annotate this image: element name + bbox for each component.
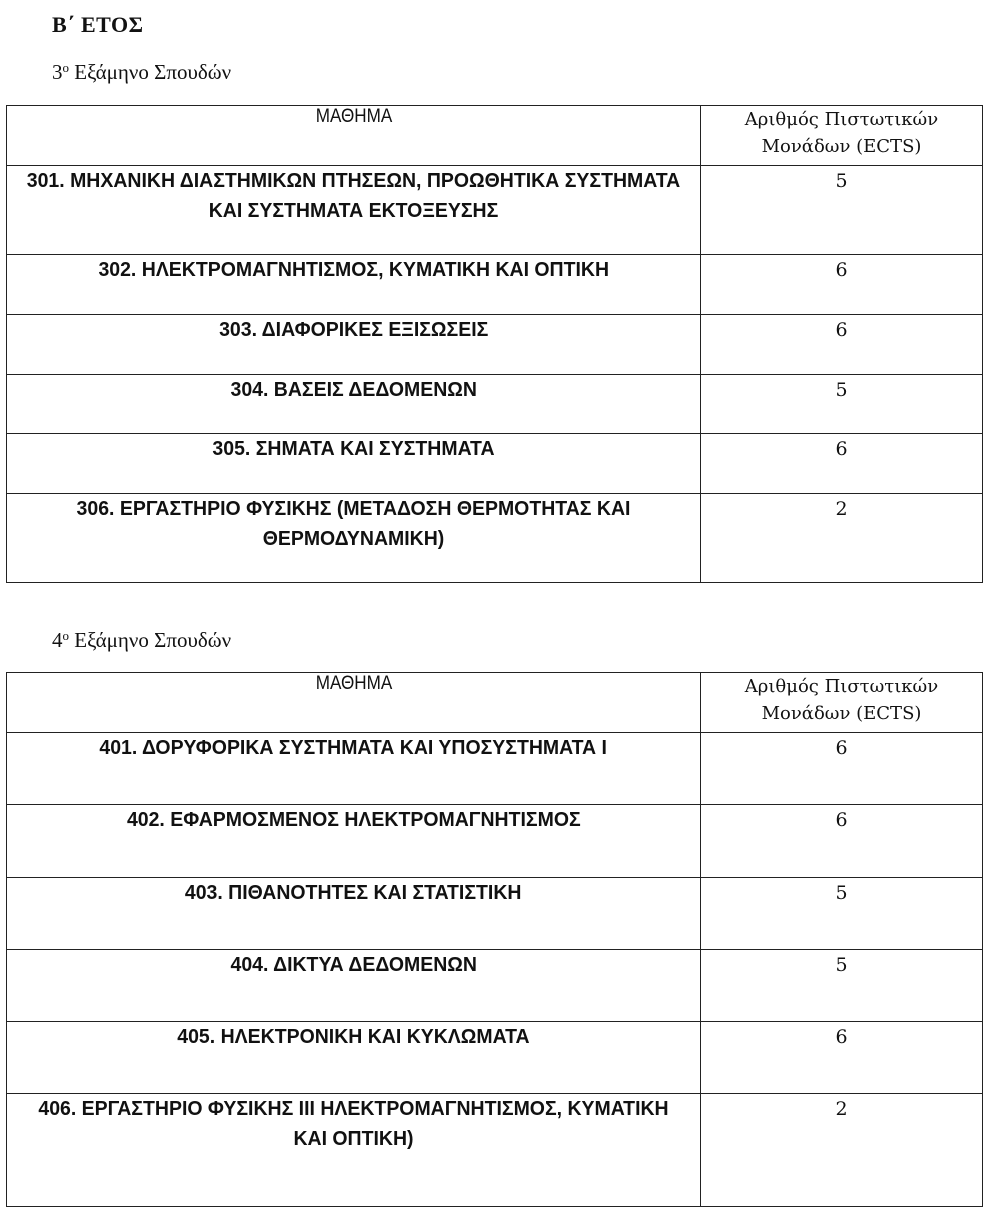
course-name: 404. ΔΙΚΤΥΑ ΔΕΔΟΜΕΝΩΝ bbox=[230, 950, 477, 980]
course-name: 303. ΔΙΑΦΟΡΙΚΕΣ ΕΞΙΣΩΣΕΙΣ bbox=[219, 315, 488, 345]
semester-3-title: 3ο Εξάμηνο Σπουδών bbox=[52, 60, 231, 85]
course-name: 302. ΗΛΕΚΤΡΟΜΑΓΝΗΤΙΣΜΟΣ, ΚΥΜΑΤΙΚΗ ΚΑΙ ΟΠ… bbox=[98, 255, 609, 285]
course-column-header: ΜΑΘΗΜΑ bbox=[41, 673, 666, 733]
course-name-cell: 306. ΕΡΓΑΣΤΗΡΙΟ ΦΥΣΙΚΗΣ (ΜΕΤΑΔΟΣΗ ΘΕΡΜΟΤ… bbox=[7, 494, 701, 583]
table-row: 304. ΒΑΣΕΙΣ ΔΕΔΟΜΕΝΩΝ 5 bbox=[7, 375, 983, 434]
table-row: 306. ΕΡΓΑΣΤΗΡΙΟ ΦΥΣΙΚΗΣ (ΜΕΤΑΔΟΣΗ ΘΕΡΜΟΤ… bbox=[7, 494, 983, 583]
course-name-cell: 405. ΗΛΕΚΤΡΟΝΙΚΗ ΚΑΙ ΚΥΚΛΩΜΑΤΑ bbox=[7, 1022, 701, 1094]
course-name-cell: 401. ΔΟΡΥΦΟΡΙΚΑ ΣΥΣΤΗΜΑΤΑ ΚΑΙ ΥΠΟΣΥΣΤΗΜΑ… bbox=[7, 733, 701, 805]
semester-number: 4 bbox=[52, 628, 63, 652]
course-ects: 2 bbox=[701, 1094, 983, 1207]
table-row: 401. ΔΟΡΥΦΟΡΙΚΑ ΣΥΣΤΗΜΑΤΑ ΚΑΙ ΥΠΟΣΥΣΤΗΜΑ… bbox=[7, 733, 983, 805]
course-name-cell: 402. ΕΦΑΡΜΟΣΜΕΝΟΣ ΗΛΕΚΤΡΟΜΑΓΝΗΤΙΣΜΟΣ bbox=[7, 805, 701, 878]
course-ects: 6 bbox=[701, 1022, 983, 1094]
table-row: 402. ΕΦΑΡΜΟΣΜΕΝΟΣ ΗΛΕΚΤΡΟΜΑΓΝΗΤΙΣΜΟΣ 6 bbox=[7, 805, 983, 878]
ects-column-header: Αριθμός Πιστωτικών Μονάδων (ECTS) bbox=[701, 673, 983, 733]
course-name: 405. ΗΛΕΚΤΡΟΝΙΚΗ ΚΑΙ ΚΥΚΛΩΜΑΤΑ bbox=[177, 1022, 529, 1052]
semester-title-text: Εξάμηνο Σπουδών bbox=[69, 628, 231, 652]
course-name: 306. ΕΡΓΑΣΤΗΡΙΟ ΦΥΣΙΚΗΣ (ΜΕΤΑΔΟΣΗ ΘΕΡΜΟΤ… bbox=[24, 494, 682, 554]
year-title: Β΄ ΕΤΟΣ bbox=[52, 12, 143, 38]
course-ects: 5 bbox=[701, 878, 983, 950]
table-row: 406. ΕΡΓΑΣΤΗΡΙΟ ΦΥΣΙΚΗΣ ΙΙΙ ΗΛΕΚΤΡΟΜΑΓΝΗ… bbox=[7, 1094, 983, 1207]
course-column-header: ΜΑΘΗΜΑ bbox=[41, 106, 666, 166]
course-name-cell: 406. ΕΡΓΑΣΤΗΡΙΟ ΦΥΣΙΚΗΣ ΙΙΙ ΗΛΕΚΤΡΟΜΑΓΝΗ… bbox=[7, 1094, 701, 1207]
course-name-cell: 303. ΔΙΑΦΟΡΙΚΕΣ ΕΞΙΣΩΣΕΙΣ bbox=[7, 315, 701, 375]
course-name: 304. ΒΑΣΕΙΣ ΔΕΔΟΜΕΝΩΝ bbox=[230, 375, 476, 405]
semester-4-title: 4ο Εξάμηνο Σπουδών bbox=[52, 628, 231, 653]
course-ects: 6 bbox=[701, 805, 983, 878]
course-name: 305. ΣΗΜΑΤΑ ΚΑΙ ΣΥΣΤΗΜΑΤΑ bbox=[212, 434, 494, 464]
course-name-cell: 404. ΔΙΚΤΥΑ ΔΕΔΟΜΕΝΩΝ bbox=[7, 950, 701, 1022]
course-ects: 5 bbox=[701, 950, 983, 1022]
ects-header-line-2: Μονάδων (ECTS) bbox=[701, 700, 982, 727]
ects-header-line-2: Μονάδων (ECTS) bbox=[701, 133, 982, 160]
course-name-cell: 304. ΒΑΣΕΙΣ ΔΕΔΟΜΕΝΩΝ bbox=[7, 375, 701, 434]
course-name-cell: 305. ΣΗΜΑΤΑ ΚΑΙ ΣΥΣΤΗΜΑΤΑ bbox=[7, 434, 701, 494]
table-row: 405. ΗΛΕΚΤΡΟΝΙΚΗ ΚΑΙ ΚΥΚΛΩΜΑΤΑ 6 bbox=[7, 1022, 983, 1094]
ects-column-header: Αριθμός Πιστωτικών Μονάδων (ECTS) bbox=[701, 106, 983, 166]
table-header-row: ΜΑΘΗΜΑ Αριθμός Πιστωτικών Μονάδων (ECTS) bbox=[7, 106, 983, 166]
course-name: 406. ΕΡΓΑΣΤΗΡΙΟ ΦΥΣΙΚΗΣ ΙΙΙ ΗΛΕΚΤΡΟΜΑΓΝΗ… bbox=[24, 1094, 682, 1154]
course-ects: 6 bbox=[701, 315, 983, 375]
course-name-cell: 301. ΜΗΧΑΝΙΚΗ ΔΙΑΣΤΗΜΙΚΩΝ ΠΤΗΣΕΩΝ, ΠΡΟΩΘ… bbox=[7, 166, 701, 255]
course-name: 402. ΕΦΑΡΜΟΣΜΕΝΟΣ ΗΛΕΚΤΡΟΜΑΓΝΗΤΙΣΜΟΣ bbox=[127, 805, 581, 835]
table-row: 305. ΣΗΜΑΤΑ ΚΑΙ ΣΥΣΤΗΜΑΤΑ 6 bbox=[7, 434, 983, 494]
course-ects: 6 bbox=[701, 733, 983, 805]
course-ects: 6 bbox=[701, 434, 983, 494]
table-row: 302. ΗΛΕΚΤΡΟΜΑΓΝΗΤΙΣΜΟΣ, ΚΥΜΑΤΙΚΗ ΚΑΙ ΟΠ… bbox=[7, 255, 983, 315]
course-name-cell: 403. ΠΙΘΑΝΟΤΗΤΕΣ ΚΑΙ ΣΤΑΤΙΣΤΙΚΗ bbox=[7, 878, 701, 950]
semester-3-courses-table: ΜΑΘΗΜΑ Αριθμός Πιστωτικών Μονάδων (ECTS)… bbox=[6, 105, 983, 583]
course-ects: 5 bbox=[701, 375, 983, 434]
course-name: 401. ΔΟΡΥΦΟΡΙΚΑ ΣΥΣΤΗΜΑΤΑ ΚΑΙ ΥΠΟΣΥΣΤΗΜΑ… bbox=[100, 733, 608, 763]
table-header-row: ΜΑΘΗΜΑ Αριθμός Πιστωτικών Μονάδων (ECTS) bbox=[7, 673, 983, 733]
course-ects: 5 bbox=[701, 166, 983, 255]
semester-4-courses-table: ΜΑΘΗΜΑ Αριθμός Πιστωτικών Μονάδων (ECTS)… bbox=[6, 672, 983, 1207]
semester-title-text: Εξάμηνο Σπουδών bbox=[69, 60, 231, 84]
table-row: 403. ΠΙΘΑΝΟΤΗΤΕΣ ΚΑΙ ΣΤΑΤΙΣΤΙΚΗ 5 bbox=[7, 878, 983, 950]
semester-number: 3 bbox=[52, 60, 63, 84]
table-row: 303. ΔΙΑΦΟΡΙΚΕΣ ΕΞΙΣΩΣΕΙΣ 6 bbox=[7, 315, 983, 375]
course-name-cell: 302. ΗΛΕΚΤΡΟΜΑΓΝΗΤΙΣΜΟΣ, ΚΥΜΑΤΙΚΗ ΚΑΙ ΟΠ… bbox=[7, 255, 701, 315]
table-row: 301. ΜΗΧΑΝΙΚΗ ΔΙΑΣΤΗΜΙΚΩΝ ΠΤΗΣΕΩΝ, ΠΡΟΩΘ… bbox=[7, 166, 983, 255]
table-row: 404. ΔΙΚΤΥΑ ΔΕΔΟΜΕΝΩΝ 5 bbox=[7, 950, 983, 1022]
ects-header-line-1: Αριθμός Πιστωτικών bbox=[701, 673, 982, 700]
ects-header-line-1: Αριθμός Πιστωτικών bbox=[701, 106, 982, 133]
course-name: 301. ΜΗΧΑΝΙΚΗ ΔΙΑΣΤΗΜΙΚΩΝ ΠΤΗΣΕΩΝ, ΠΡΟΩΘ… bbox=[24, 166, 682, 226]
course-ects: 2 bbox=[701, 494, 983, 583]
course-ects: 6 bbox=[701, 255, 983, 315]
course-name: 403. ΠΙΘΑΝΟΤΗΤΕΣ ΚΑΙ ΣΤΑΤΙΣΤΙΚΗ bbox=[185, 878, 522, 908]
